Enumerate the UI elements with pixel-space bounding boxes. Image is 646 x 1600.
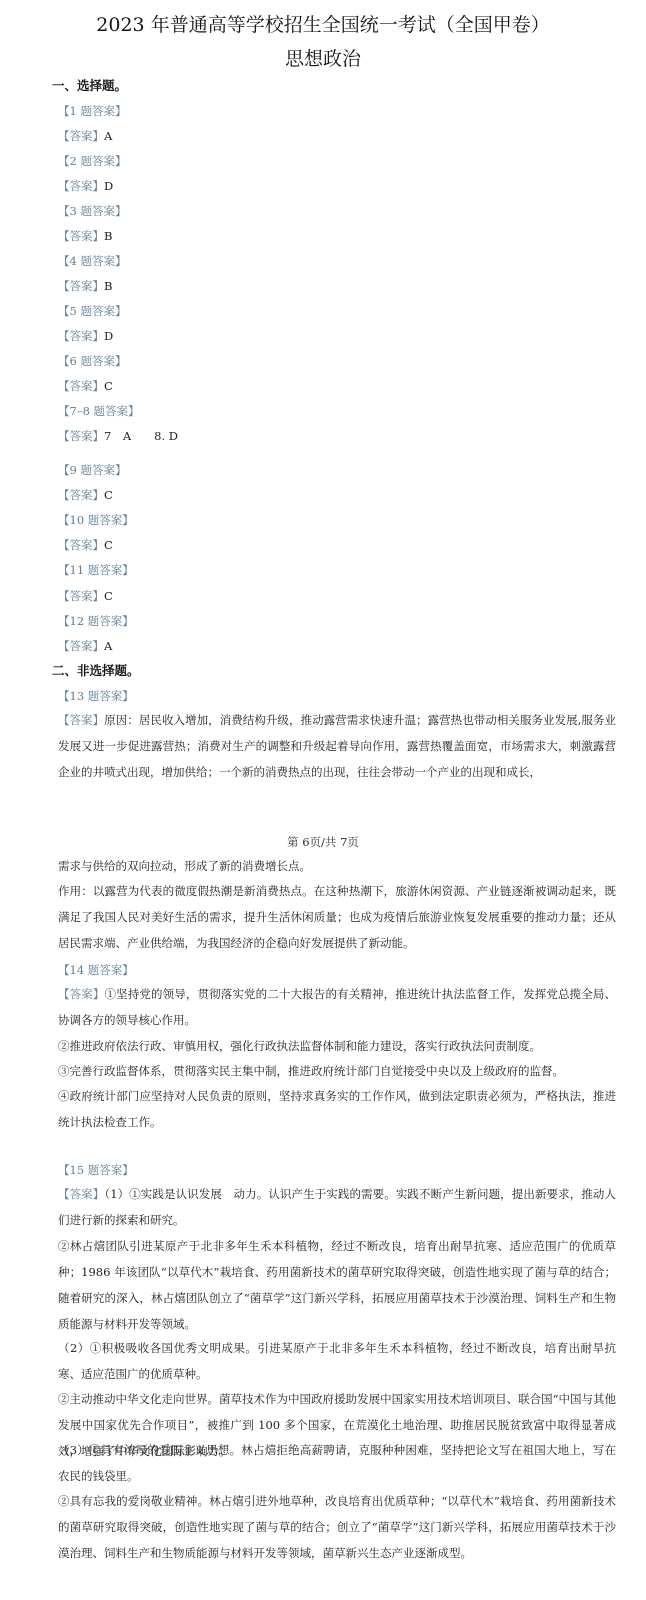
question-label: 【10 题答案】 — [58, 512, 134, 528]
answer-paragraph: 【答案】原因：居民收入增加，消费结构升级，推动露营需求快速升温；露营热也带动相关… — [58, 707, 616, 785]
answer-paragraph: （2）①积极吸收各国优秀文明成果。引进某原产于北非多年生禾本科植物，经过不断改良… — [58, 1335, 616, 1387]
answer-line: 【答案】B — [58, 228, 112, 244]
answer-line: 【答案】D — [58, 178, 113, 194]
question-label: 【13 题答案】 — [58, 688, 134, 704]
answer-line: 【答案】7 A 8. D — [58, 428, 178, 444]
answer-paragraph: 【答案】①坚持党的领导，贯彻落实党的二十大报告的有关精神，推进统计执法监督工作，… — [58, 981, 616, 1033]
answer-line: 【答案】A — [58, 638, 112, 654]
question-label: 【15 题答案】 — [58, 1162, 134, 1178]
question-label: 【1 题答案】 — [58, 103, 126, 119]
question-label: 【14 题答案】 — [58, 962, 134, 978]
question-label: 【3 题答案】 — [58, 203, 126, 219]
answer-paragraph: ③完善行政监督体系，贯彻落实民主集中制，推进政府统计部门自觉接受中央以及上级政府… — [58, 1058, 616, 1084]
answer-paragraph: （3）①具有浓厚的爱国主义思想。林占熺拒绝高薪聘请，克服种种困难，坚持把论文写在… — [58, 1437, 616, 1489]
question-label: 【6 题答案】 — [58, 353, 126, 369]
question-label: 【2 题答案】 — [58, 153, 126, 169]
answer-line: 【答案】A — [58, 128, 112, 144]
answer-paragraph: ②推进政府依法行政、审慎用权，强化行政执法监督体制和能力建设，落实行政执法问责制… — [58, 1033, 616, 1059]
document-title: 2023 年普通高等学校招生全国统一考试（全国甲卷） — [0, 10, 646, 37]
answer-paragraph: 作用：以露营为代表的微度假热潮是新消费热点。在这种热潮下，旅游休闲资源、产业链逐… — [58, 878, 616, 956]
subject-title: 思想政治 — [0, 44, 646, 71]
section-heading-choice: 一、选择题。 — [52, 76, 127, 94]
answer-line: 【答案】D — [58, 328, 113, 344]
answer-paragraph: ②具有忘我的爱岗敬业精神。林占熺引进外地草种，改良培育出优质草种；“以草代木”栽… — [58, 1488, 616, 1566]
answer-line: 【答案】C — [58, 588, 113, 604]
page-footer: 第 6页/共 7页 — [0, 834, 646, 850]
question-label: 【7–8 题答案】 — [58, 403, 140, 419]
answer-paragraph: 需求与供给的双向拉动，形成了新的消费增长点。 — [58, 853, 616, 879]
answer-line: 【答案】B — [58, 278, 112, 294]
answer-line: 【答案】C — [58, 378, 113, 394]
answer-line: 【答案】C — [58, 487, 113, 503]
question-label: 【9 题答案】 — [58, 462, 126, 478]
question-label: 【4 题答案】 — [58, 253, 126, 269]
section-heading-nonchoice: 二、非选择题。 — [52, 661, 140, 679]
question-label: 【5 题答案】 — [58, 303, 126, 319]
question-label: 【12 题答案】 — [58, 613, 134, 629]
answer-paragraph: ④政府统计部门应坚持对人民负责的原则，坚持求真务实的工作作风，做到法定职责必须为… — [58, 1083, 616, 1135]
answer-paragraph: 【答案】（1）①实践是认识发展 动力。认识产生于实践的需要。实践不断产生新问题，… — [58, 1181, 616, 1233]
question-label: 【11 题答案】 — [58, 562, 134, 578]
answer-line: 【答案】C — [58, 537, 113, 553]
answer-paragraph: ②林占熺团队引进某原产于北非多年生禾本科植物，经过不断改良，培育出耐旱抗寒、适应… — [58, 1233, 616, 1337]
